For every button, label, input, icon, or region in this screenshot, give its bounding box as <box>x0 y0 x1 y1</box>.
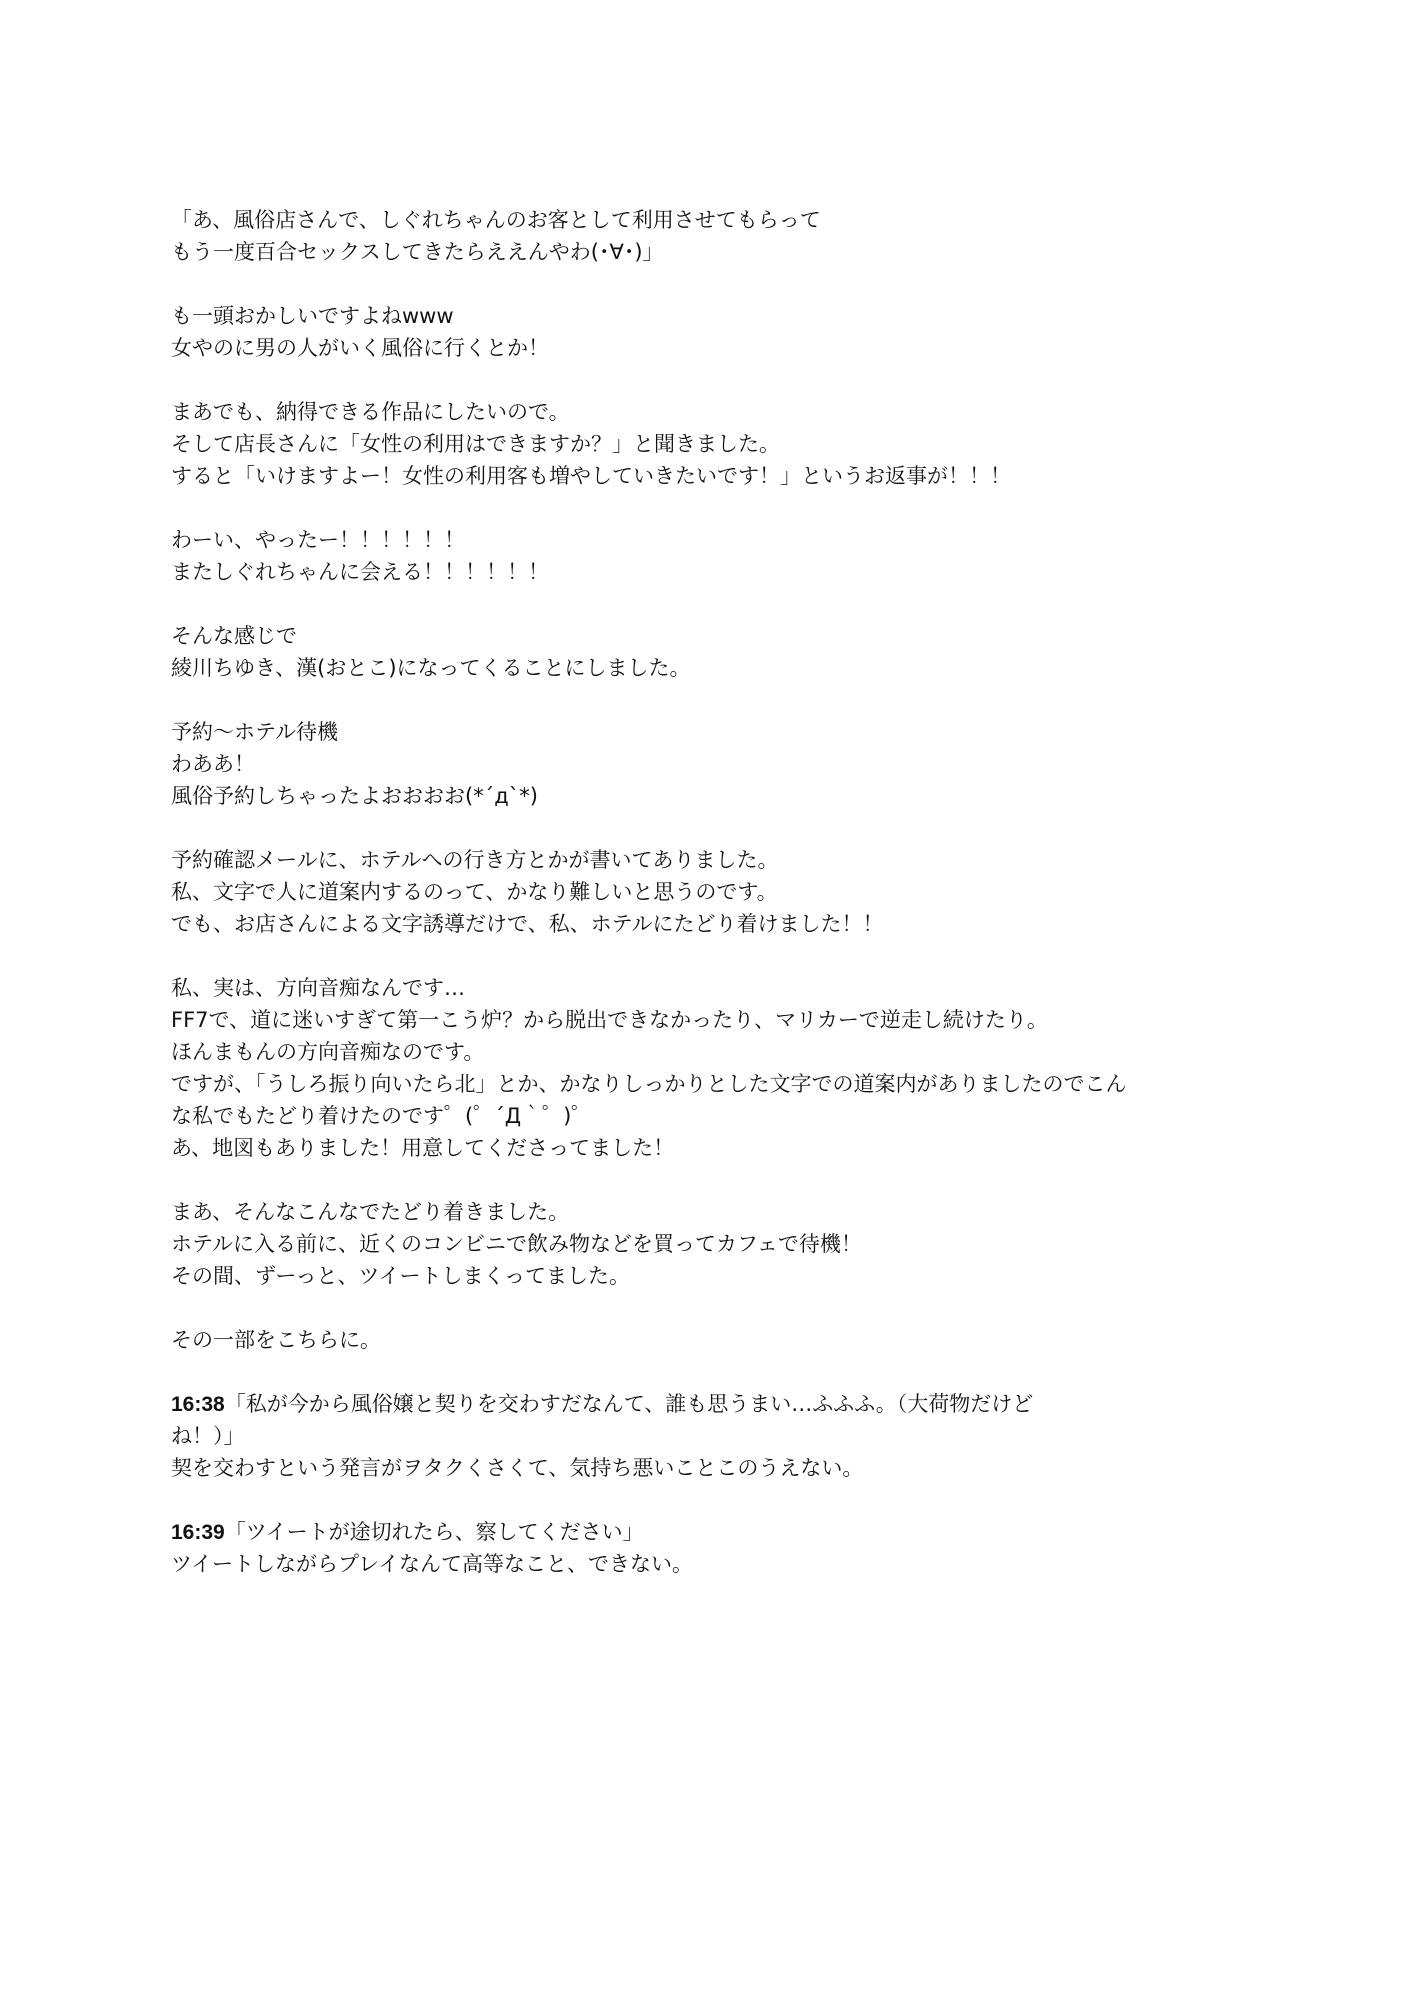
blank-line <box>171 1484 1291 1516</box>
text-line: ですが、「うしろ振り向いたら北」とか、かなりしっかりとした文字での道案内がありま… <box>171 1068 1291 1100</box>
tweet-entry: 16:38「私が今から風俗嬢と契りを交わすだなんて、誰も思うまい…ふふふ。（大荷… <box>171 1388 1291 1420</box>
tweet-text: 「私が今から風俗嬢と契りを交わすだなんて、誰も思うまい…ふふふ。（大荷物だけど <box>225 1392 1034 1416</box>
blank-line <box>171 1356 1291 1388</box>
text-line: わああ！ <box>171 748 1291 780</box>
text-line: 綾川ちゆき、漢(おとこ)になってくることにしました。 <box>171 652 1291 684</box>
blank-line <box>171 268 1291 300</box>
blank-line <box>171 1164 1291 1196</box>
text-line: その一部をこちらに。 <box>171 1324 1291 1356</box>
text-line: まあでも、納得できる作品にしたいので。 <box>171 396 1291 428</box>
blank-line <box>171 1292 1291 1324</box>
text-line: わーい、やったー！！！！！！ <box>171 524 1291 556</box>
text-line: またしぐれちゃんに会える！！！！！！ <box>171 556 1291 588</box>
text-line: もう一度百合セックスしてきたらええんやわ(･∀･)」 <box>171 236 1291 268</box>
blank-line <box>171 364 1291 396</box>
blank-line <box>171 940 1291 972</box>
text-line: 私、文字で人に道案内するのって、かなり難しいと思うのです。 <box>171 876 1291 908</box>
text-line: ほんまもんの方向音痴なのです。 <box>171 1036 1291 1068</box>
text-line: 私、実は、方向音痴なんです… <box>171 972 1291 1004</box>
text-line: あ、地図もありました！用意してくださってました！ <box>171 1132 1291 1164</box>
tweet-comment: 契を交わすという発言がヲタクくさくて、気持ち悪いことこのうえない。 <box>171 1452 1291 1484</box>
blank-line <box>171 684 1291 716</box>
text-line: 「あ、風俗店さんで、しぐれちゃんのお客として利用させてもらって <box>171 204 1291 236</box>
text-line: まあ、そんなこんなでたどり着きました。 <box>171 1196 1291 1228</box>
text-line: 予約確認メールに、ホテルへの行き方とかが書いてありました。 <box>171 844 1291 876</box>
blank-line <box>171 492 1291 524</box>
tweet-entry: 16:39「ツイートが途切れたら、察してください」 <box>171 1516 1291 1548</box>
text-line: そんな感じで <box>171 620 1291 652</box>
tweet-text: 「ツイートが途切れたら、察してください」 <box>225 1520 644 1544</box>
text-line: 女やのに男の人がいく風俗に行くとか！ <box>171 332 1291 364</box>
text-line: な私でもたどり着けたのです゜(゜´Д｀゜)゜ <box>171 1100 1291 1132</box>
tweet-timestamp: 16:39 <box>171 1521 225 1544</box>
text-line: すると「いけますよー！女性の利用客も増やしていきたいです！」というお返事が！！！ <box>171 460 1291 492</box>
text-line: そして店長さんに「女性の利用はできますか？」と聞きました。 <box>171 428 1291 460</box>
tweet-comment: ツイートしながらプレイなんて高等なこと、できない。 <box>171 1548 1291 1580</box>
tweet-text-continued: ね！）」 <box>171 1420 1291 1452</box>
blank-line <box>171 588 1291 620</box>
text-line: でも、お店さんによる文字誘導だけで、私、ホテルにたどり着けました！！ <box>171 908 1291 940</box>
text-line: も一頭おかしいですよねwww <box>171 300 1291 332</box>
text-line: その間、ずーっと、ツイートしまくってました。 <box>171 1260 1291 1292</box>
text-line: ホテルに入る前に、近くのコンビニで飲み物などを買ってカフェで待機！ <box>171 1228 1291 1260</box>
tweet-timestamp: 16:38 <box>171 1393 225 1416</box>
document-page: 「あ、風俗店さんで、しぐれちゃんのお客として利用させてもらって もう一度百合セッ… <box>171 204 1291 1580</box>
text-line: 風俗予約しちゃったよおおおお(*´д`*) <box>171 780 1291 812</box>
section-heading: 予約～ホテル待機 <box>171 716 1291 748</box>
blank-line <box>171 812 1291 844</box>
text-line: FF7で、道に迷いすぎて第一こう炉？から脱出できなかったり、マリカーで逆走し続け… <box>171 1004 1291 1036</box>
